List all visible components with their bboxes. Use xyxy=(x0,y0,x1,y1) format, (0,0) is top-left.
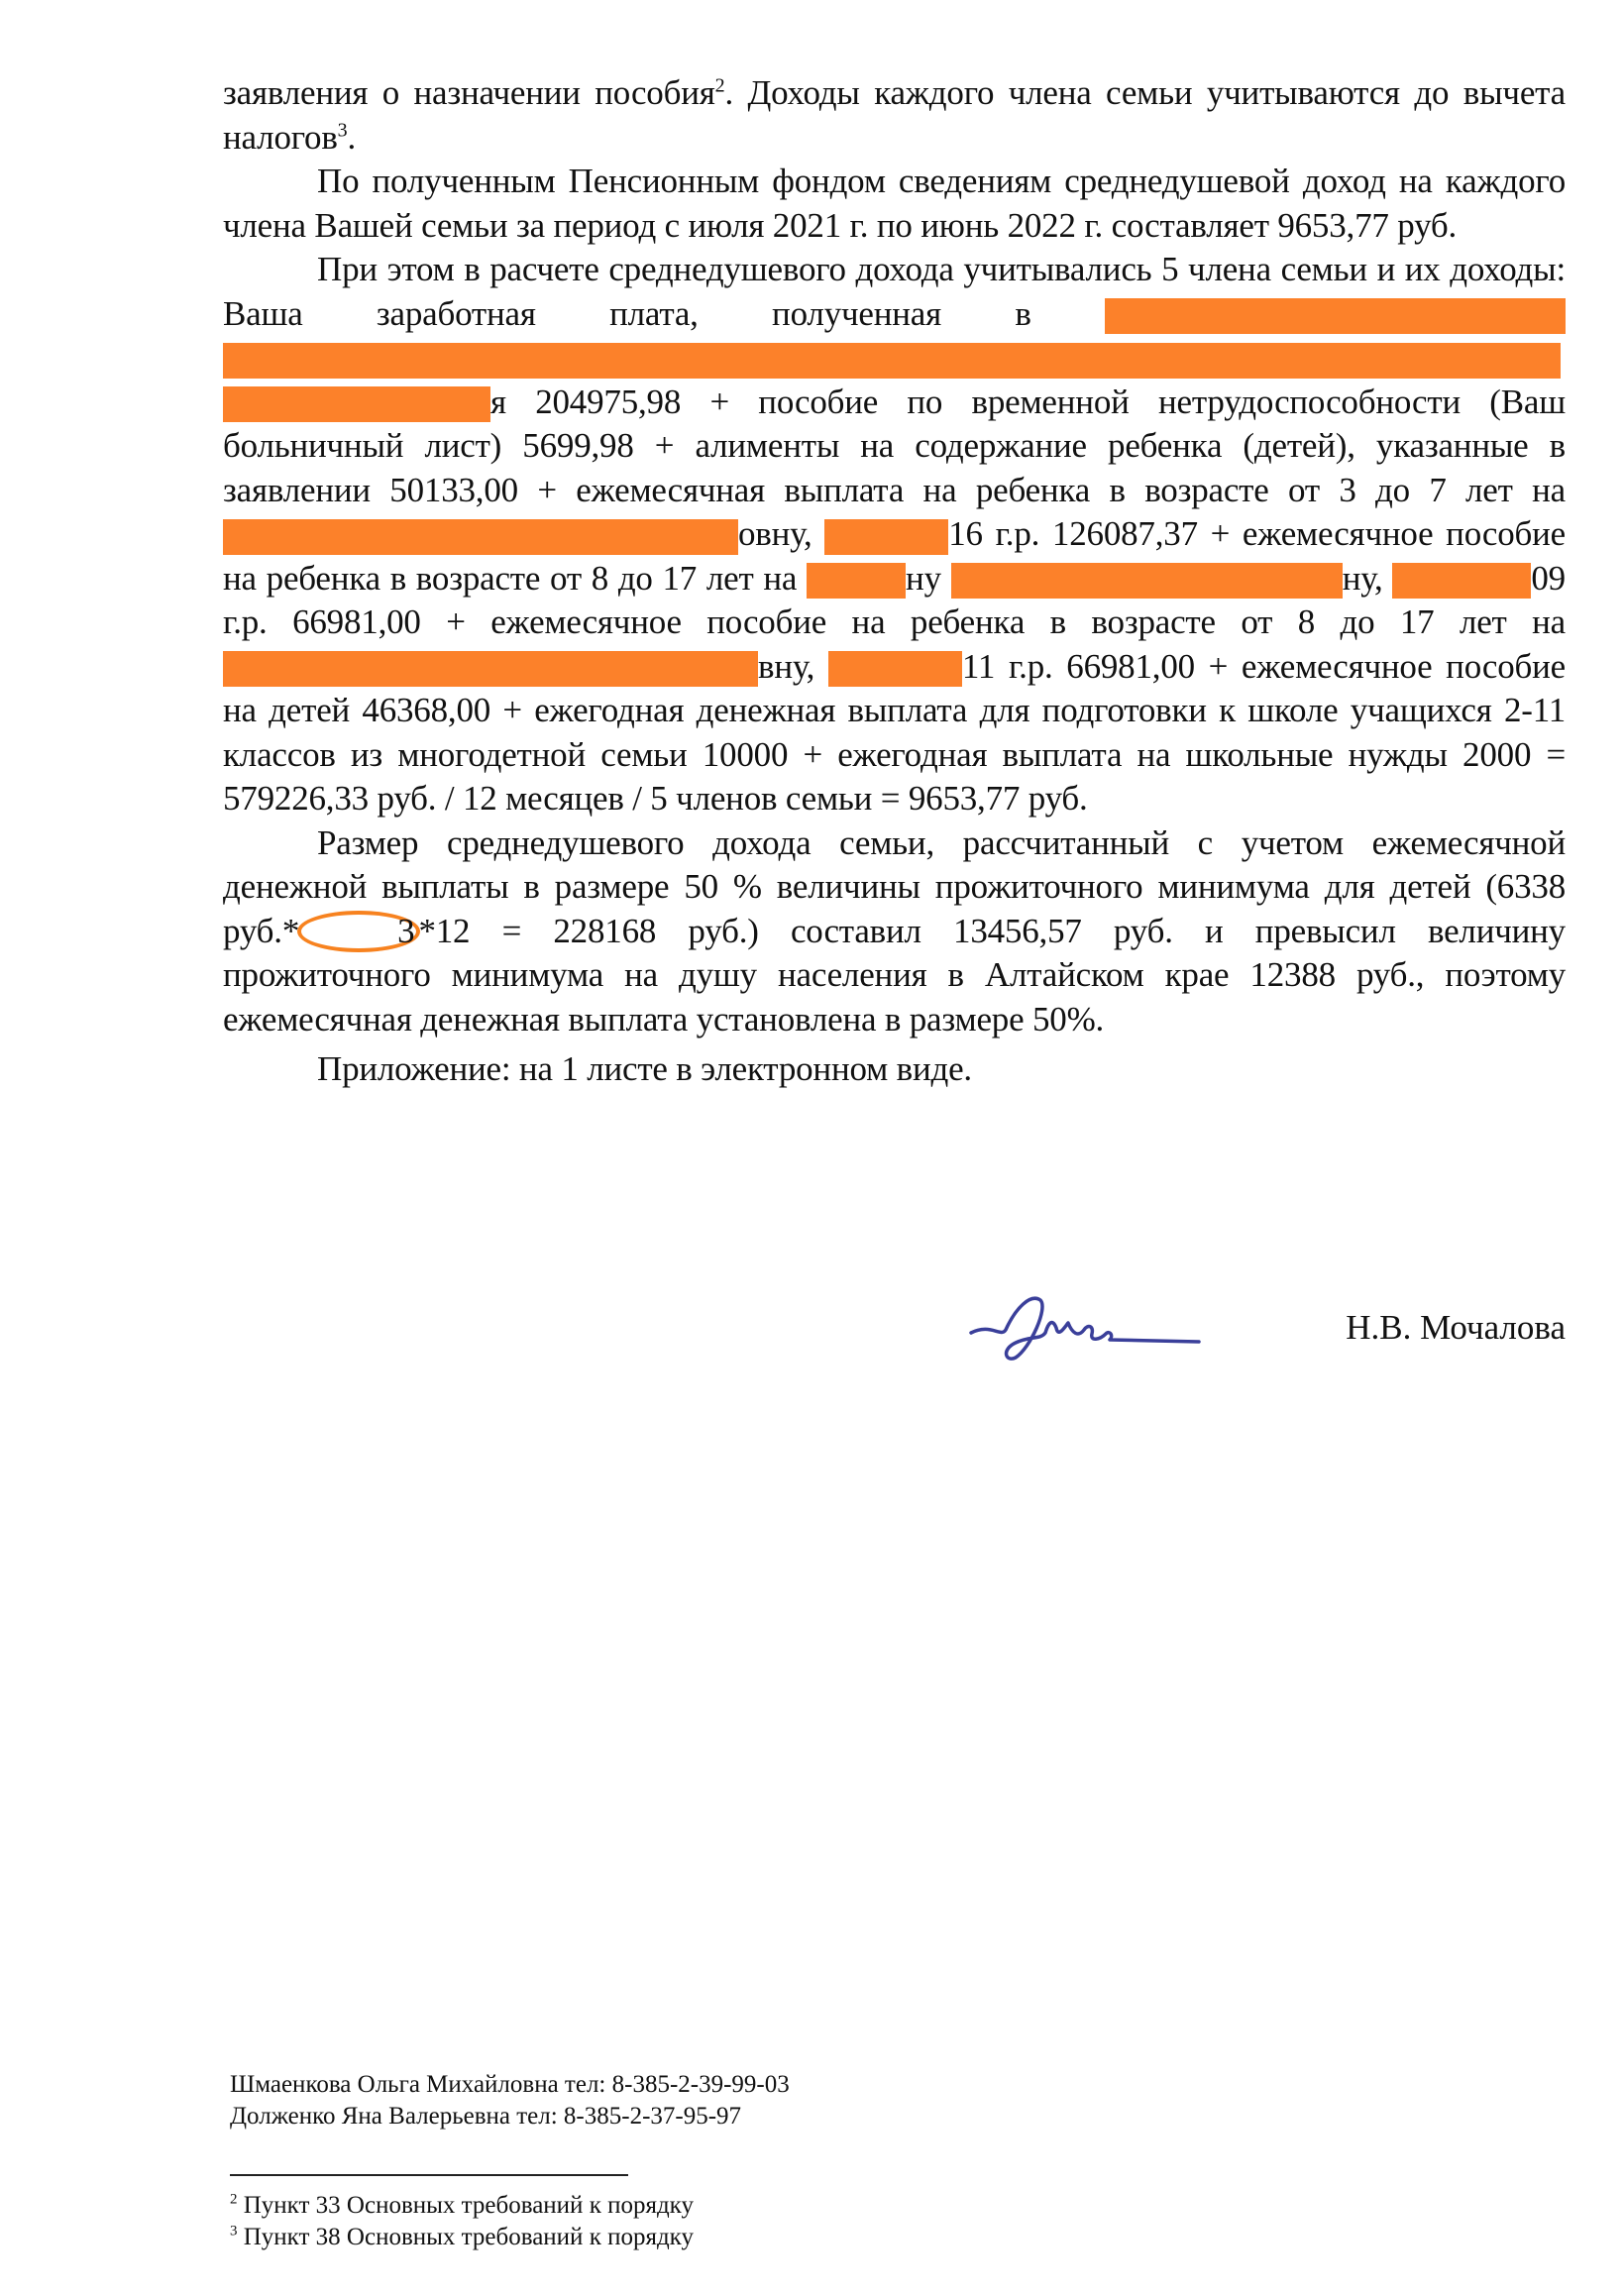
text-segment: . xyxy=(347,118,356,157)
footnote-divider xyxy=(230,2174,628,2176)
text-segment: ну, xyxy=(1343,559,1383,598)
contact-list: Шмаенкова Ольга Михайловна тел: 8-385-2-… xyxy=(230,2069,790,2132)
footnote-ref-3: 3 xyxy=(338,119,348,141)
signer-name: Н.В. Мочалова xyxy=(1346,1308,1566,1348)
annotation-circle-mark: 3 xyxy=(297,911,420,952)
redaction-employer-details xyxy=(223,343,1561,379)
contact-line: Шмаенкова Ольга Михайловна тел: 8-385-2-… xyxy=(230,2069,790,2101)
contact-line: Долженко Яна Валерьевна тел: 8-385-2-37-… xyxy=(230,2101,790,2132)
footnote-mark: 3 xyxy=(230,2224,238,2240)
attachment-note: Приложение: на 1 листе в электронном вид… xyxy=(223,1047,1566,1092)
footnotes: 2 Пункт 33 Основных требований к порядку… xyxy=(230,2190,694,2253)
footnote-text: Пункт 33 Основных требований к порядку xyxy=(238,2192,694,2219)
footnote-mark: 2 xyxy=(230,2192,238,2208)
redaction-birthdate-1 xyxy=(824,519,948,555)
paragraph-income-breakdown: При этом в расчете среднедушевого дохода… xyxy=(223,248,1566,821)
document-page: заявления о назначении пособия2. Доходы … xyxy=(0,0,1624,2296)
footnote-text: Пункт 38 Основных требований к порядку xyxy=(238,2224,694,2250)
text-segment: вну, xyxy=(758,647,814,686)
signature-block: Н.В. Мочалова xyxy=(961,1288,1566,1367)
text-segment: *12 = 228168 руб.) составил 13456,57 руб… xyxy=(223,912,1566,1039)
redaction-employer xyxy=(1105,298,1566,334)
letter-body: заявления о назначении пособия2. Доходы … xyxy=(223,71,1566,1092)
redaction-child-name-2a xyxy=(807,563,906,599)
footnote-3: 3 Пункт 38 Основных требований к порядку xyxy=(230,2222,694,2253)
footnote-ref-2: 2 xyxy=(715,74,725,96)
text-segment: овну, xyxy=(738,514,812,553)
handwritten-signature-icon xyxy=(961,1288,1219,1367)
text-segment: ну xyxy=(906,559,941,598)
paragraph-calculation-result: Размер среднедушевого дохода семьи, расс… xyxy=(223,821,1566,1042)
redaction-birthdate-3 xyxy=(828,651,962,687)
redaction-child-name-3 xyxy=(223,651,758,687)
redaction-child-name-1 xyxy=(223,519,738,555)
text-segment: заявления о назначении пособия xyxy=(223,73,715,112)
redaction-birthdate-2 xyxy=(1392,563,1531,599)
redaction-period xyxy=(223,386,490,422)
paragraph-average-income: По полученным Пенсионным фондом сведения… xyxy=(223,160,1566,248)
footnote-2: 2 Пункт 33 Основных требований к порядку xyxy=(230,2190,694,2222)
redaction-child-name-2b xyxy=(951,563,1343,599)
paragraph-income-rules: заявления о назначении пособия2. Доходы … xyxy=(223,71,1566,160)
